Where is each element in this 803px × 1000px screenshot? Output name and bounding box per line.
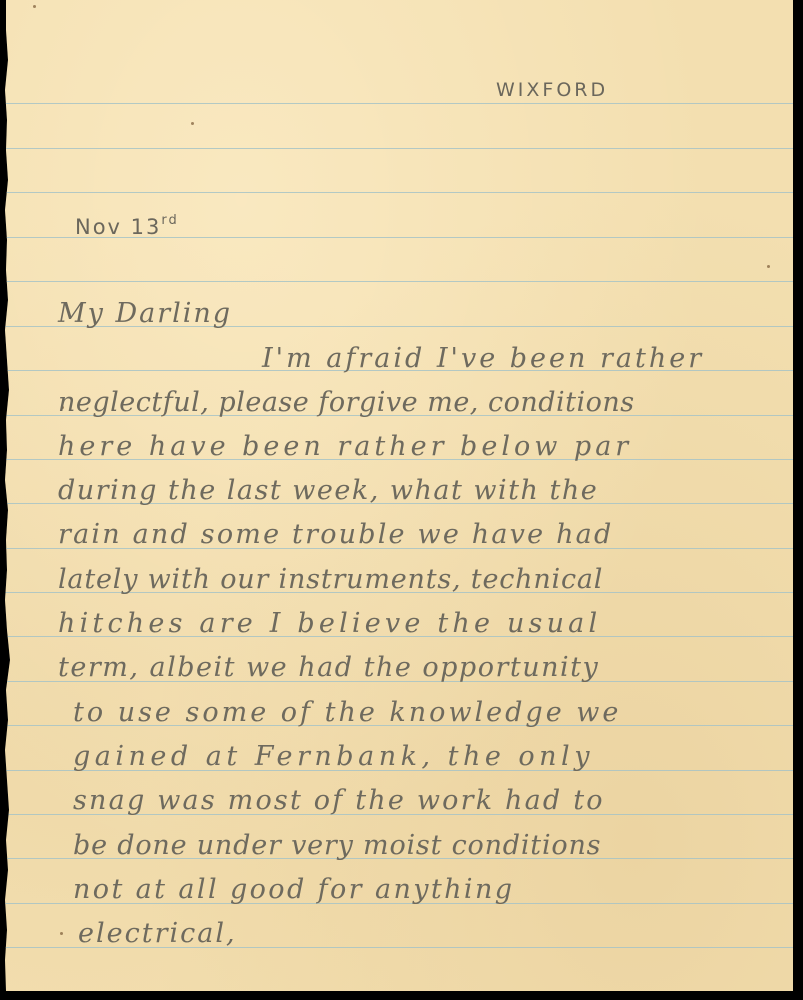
letter-body-line: be done under very moist conditions <box>73 832 601 859</box>
paper-speck <box>33 5 36 8</box>
letter-body-line: here have been rather below par <box>58 433 632 460</box>
ruled-line <box>5 103 793 104</box>
letter-body-line: to use some of the knowledge we <box>73 699 621 726</box>
letter-date: Nov 13rd <box>75 214 179 238</box>
ruled-line <box>5 281 793 282</box>
letter-salutation: My Darling <box>58 300 232 327</box>
letter-page: WIXFORD Nov 13rd My Darling I'm afraid I… <box>5 0 793 991</box>
letter-date-text: Nov 13 <box>75 215 161 239</box>
paper-speck <box>767 265 770 268</box>
letter-body-line: hitches are I believe the usual <box>58 610 601 637</box>
letter-body-line: gained at Fernbank, the only <box>73 743 594 770</box>
letter-body-line: lately with our instruments, technical <box>58 566 603 593</box>
letter-body-line: not at all good for anything <box>73 876 514 903</box>
paper-speck <box>191 122 194 125</box>
letter-body-line: snag was most of the work had to <box>73 787 605 814</box>
letter-body-line: neglectful, please forgive me, condition… <box>58 389 635 416</box>
letter-body-line: I'm afraid I've been rather <box>262 345 704 372</box>
paper-speck <box>60 932 63 935</box>
letter-body-line: term, albeit we had the opportunity <box>58 654 599 681</box>
letter-date-suffix: rd <box>161 213 178 228</box>
ruled-line <box>5 192 793 193</box>
ruled-line <box>5 148 793 149</box>
letter-body-line: electrical, <box>78 920 237 947</box>
letter-place: WIXFORD <box>496 81 608 100</box>
letter-body-line: during the last week, what with the <box>58 477 598 504</box>
letter-body-line: rain and some trouble we have had <box>58 521 613 548</box>
